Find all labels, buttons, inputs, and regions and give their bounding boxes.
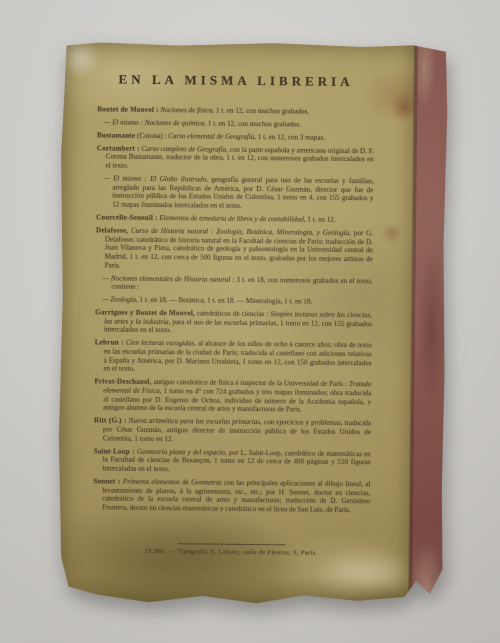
entry-details: , 1 t. en 12, con muchos grabados.	[212, 107, 309, 116]
catalog-entry: — Nociones elementales de Historia natur…	[102, 274, 372, 294]
catalog-entry: Privat-Deschanel, antiguo catedrático de…	[94, 378, 371, 416]
entry-author: Ritt (G.) :	[94, 417, 127, 425]
printer-imprint-block: 15,986. — Tipografía A. Lahure, calle de…	[93, 542, 370, 557]
entry-work-title: Zoología	[110, 296, 136, 304]
stain-mid-right	[382, 222, 402, 244]
book-worn-edges: EN LA MISMA LIBRERIA Boutet de Monvel : …	[56, 41, 448, 612]
printed-area: EN LA MISMA LIBRERIA Boutet de Monvel : …	[92, 63, 374, 591]
catalog-entries: Boutet de Monvel : Nociones de física, 1…	[93, 105, 374, 515]
entry-author: — El mismo :	[104, 174, 147, 182]
book-back-cover: EN LA MISMA LIBRERIA Boutet de Monvel : …	[56, 41, 415, 612]
entry-work-title: Nociones de química	[145, 119, 205, 128]
catalog-entry: — Zoología, 1 t. en 18. — Botánica, 1 t.…	[102, 296, 372, 308]
catalog-entry: Lebrun : Cien lecturas escogidas, al alc…	[94, 339, 371, 377]
entry-details: , 1 t. en 12, con muchos grabados.	[204, 119, 301, 128]
entry-work-title: Nociones de física	[160, 106, 212, 115]
entry-details: , 1 t. en 12, con 3 mapas.	[254, 133, 325, 142]
entry-author: Boutet de Monvel :	[97, 105, 158, 114]
entry-work-title: Primeros elementos de Geometría	[123, 478, 222, 487]
entry-work-title: Curso elemental de Geografía	[168, 132, 254, 141]
catalog-entry: Courcelle-Seneuil : Elementos de tenedur…	[96, 213, 373, 225]
entry-author: Cortambert :	[97, 144, 140, 152]
entry-work-title: Curso completo de Geografía	[141, 145, 226, 154]
entry-work-title: Geometría plana y del espacio	[137, 447, 225, 456]
entry-author: — El mismo :	[104, 118, 143, 126]
photo-background: EN LA MISMA LIBRERIA Boutet de Monvel : …	[0, 0, 500, 643]
entry-author: Bustamante	[97, 131, 135, 139]
entry-descriptor: (Corona) :	[135, 132, 168, 140]
entry-author: Privat-Deschanel,	[94, 378, 151, 387]
entry-author: Lebrun :	[95, 339, 124, 347]
book: EN LA MISMA LIBRERIA Boutet de Monvel : …	[56, 41, 448, 612]
entry-details: , 1 t. en 12.	[304, 216, 336, 224]
catalog-entry: Saint-Loup : Geometría plana y del espac…	[93, 447, 370, 476]
catalog-entry: Cortambert : Curso completo de Geografía…	[97, 144, 374, 173]
entry-work-title: Nociones elementales de Historia natural	[111, 274, 231, 283]
catalog-entry: — El mismo : El Globo ilustrado, geograf…	[103, 174, 373, 212]
catalog-entry: Bustamante (Corona) : Curso elemental de…	[97, 131, 374, 143]
entry-descriptor: catedráticos de ciencias :	[195, 309, 270, 318]
entry-work-title: Cien lecturas escogidas	[126, 339, 194, 348]
entry-author: Delafosse,	[96, 226, 128, 234]
entry-work-title: Elementos de teneduría de libros y de co…	[159, 214, 304, 224]
catalog-entry: Sonnet : Primeros elementos de Geometría…	[93, 477, 370, 515]
entry-work-title: El Globo ilustrado	[150, 175, 206, 184]
entry-author: Courcelle-Seneuil :	[96, 213, 157, 222]
catalog-entry: Boutet de Monvel : Nociones de física, 1…	[97, 105, 374, 117]
entry-author: Garrigues y Boutet de Monvel,	[95, 308, 195, 317]
printer-imprint: 15,986. — Tipografía A. Lahure, calle de…	[93, 547, 370, 557]
catalog-entry: Ritt (G.) : Nueva aritmética para las es…	[94, 417, 371, 446]
corner-chip-top-left	[56, 37, 102, 77]
entry-author: Sonnet :	[93, 477, 120, 485]
catalog-entry: — El mismo : Nociones de química, 1 t. e…	[104, 118, 374, 130]
catalog-entry: Garrigues y Boutet de Monvel, catedrátic…	[95, 308, 372, 337]
entry-author: Saint-Loup :	[94, 447, 135, 455]
imprint-rule	[177, 543, 285, 545]
entry-details: , 1 t. en 18. — Botánica, 1 t. en 18. — …	[136, 296, 312, 306]
catalog-entry: Delafosse, Curso de Historia natural : Z…	[96, 226, 373, 272]
catalog-title: EN LA MISMA LIBRERIA	[97, 71, 374, 90]
